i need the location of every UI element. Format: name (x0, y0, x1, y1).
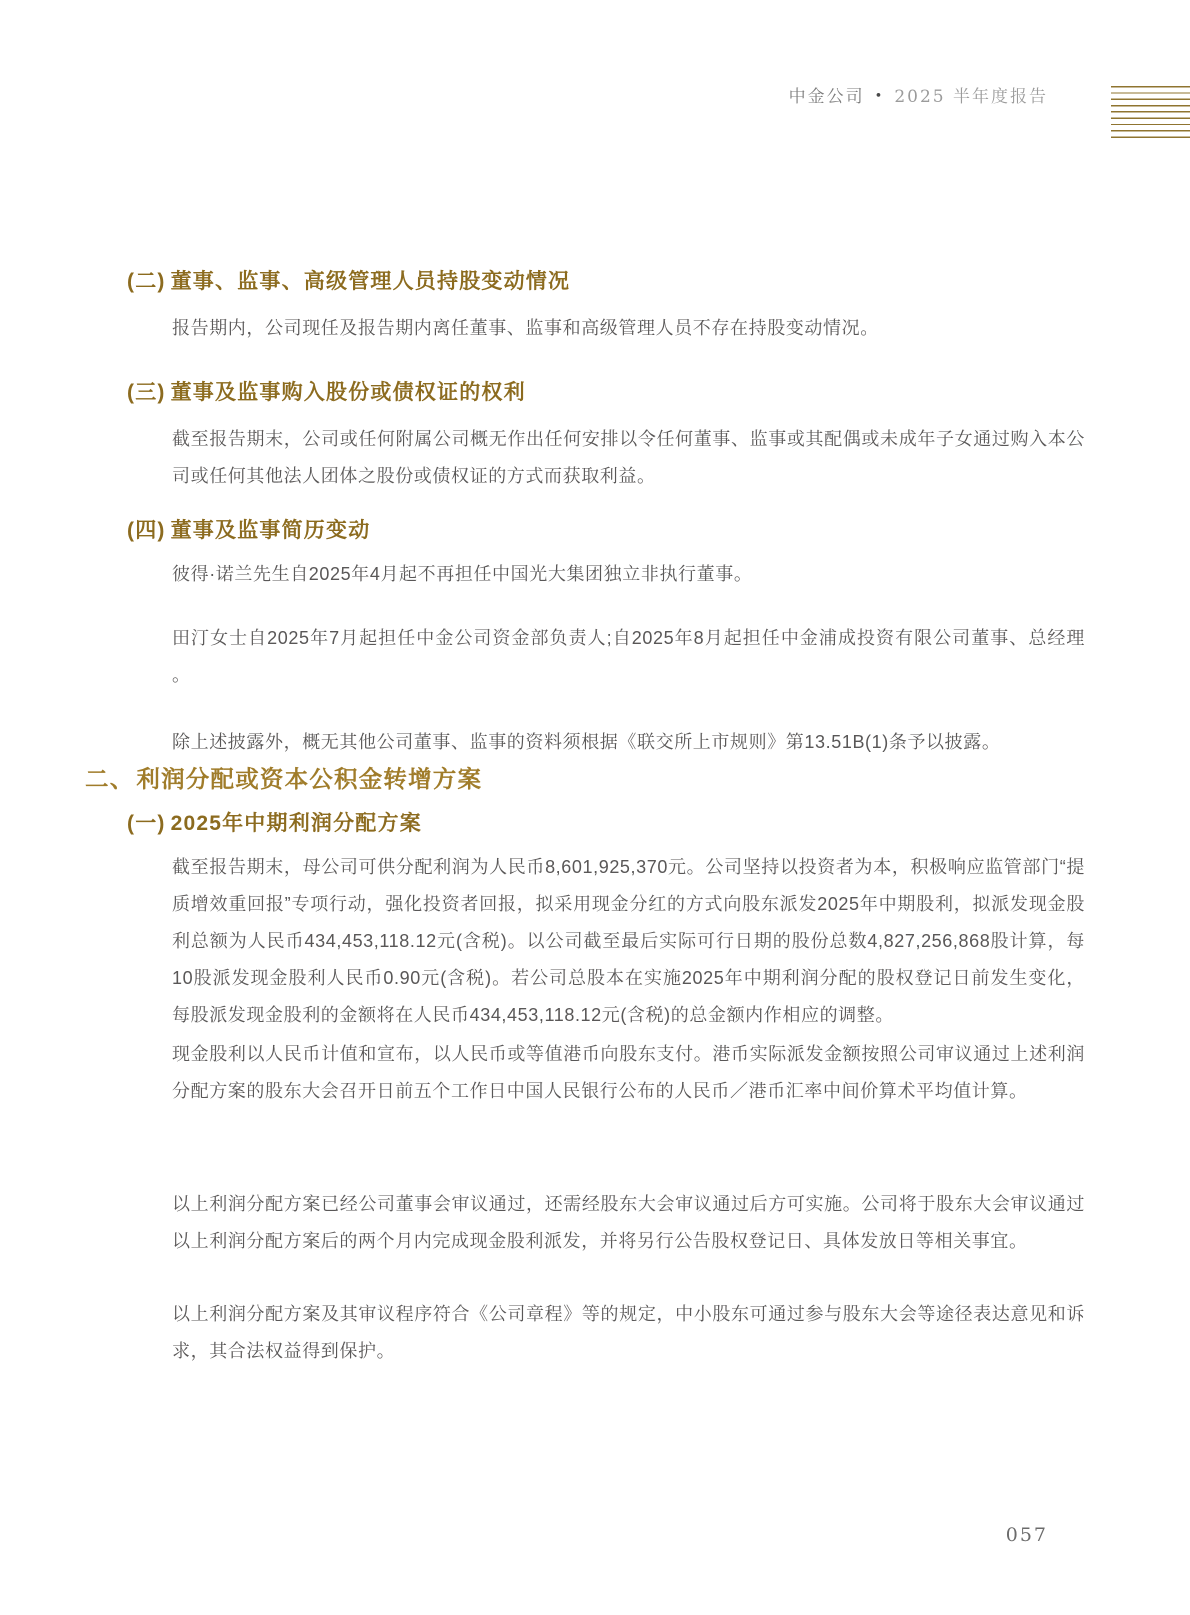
body-paragraph: 现金股利以人民币计值和宣布，以人民币或等值港币向股东支付。港币实际派发金额按照公… (172, 1036, 1085, 1110)
chapter-2-section-1-heading: (一)2025年中期利润分配方案 (127, 810, 1085, 838)
header-bullet-separator: • (875, 89, 885, 104)
body-paragraph: 以上利润分配方案已经公司董事会审议通过，还需经股东大会审议通过后方可实施。公司将… (172, 1186, 1085, 1260)
body-paragraph: 彼得·诺兰先生自2025年4月起不再担任中国光大集团独立非执行董事。 (172, 556, 1085, 593)
body-paragraph: 截至报告期末，母公司可供分配利润为人民币8,601,925,370元。公司坚持以… (172, 849, 1085, 1034)
company-name: 中金公司 (789, 87, 865, 107)
chapter-2-section-1-number: (一) (127, 812, 166, 835)
section-2-number: (二) (127, 270, 166, 293)
page-number: 057 (1006, 1524, 1048, 1546)
section-3-heading: (三)董事及监事购入股份或债权证的权利 (127, 379, 1085, 407)
section-2-title: 董事、监事、高级管理人员持股变动情况 (171, 270, 571, 293)
section-3-heading-block: (三)董事及监事购入股份或债权证的权利 (127, 379, 1085, 407)
body-paragraph: 田汀女士自2025年7月起担任中金公司资金部负责人;自2025年8月起担任中金浦… (172, 620, 1085, 694)
dividend-paragraph-2-block: 现金股利以人民币计值和宣布，以人民币或等值港币向股东支付。港币实际派发金额按照公… (172, 1036, 1085, 1110)
chapter-2-section-1-heading-block: (一)2025年中期利润分配方案 (127, 810, 1085, 838)
section-4-paragraph-1-block: 彼得·诺兰先生自2025年4月起不再担任中国光大集团独立非执行董事。 (172, 556, 1085, 593)
dividend-paragraph-4-block: 以上利润分配方案及其审议程序符合《公司章程》等的规定，中小股东可通过参与股东大会… (172, 1296, 1085, 1370)
section-2-heading: (二)董事、监事、高级管理人员持股变动情况 (127, 268, 1085, 296)
chapter-2-section-1-title: 2025年中期利润分配方案 (171, 812, 422, 835)
body-paragraph: 报告期内，公司现任及报告期内离任董事、监事和高级管理人员不存在持股变动情况。 (172, 310, 1085, 347)
chapter-2-number: 二、 (85, 766, 134, 792)
body-paragraph: 除上述披露外，概无其他公司董事、监事的资料须根据《联交所上市规则》第13.51B… (172, 724, 1085, 761)
section-3-paragraph-block: 截至报告期末，公司或任何附属公司概无作出任何安排以令任何董事、监事或其配偶或未成… (172, 421, 1085, 495)
section-4-heading: (四)董事及监事简历变动 (127, 517, 1085, 545)
chapter-2-heading-block: 二、利润分配或资本公积金转增方案 (85, 763, 1043, 795)
section-4-title: 董事及监事简历变动 (171, 519, 371, 542)
chapter-2-heading: 二、利润分配或资本公积金转增方案 (85, 763, 1043, 795)
section-3-title: 董事及监事购入股份或债权证的权利 (171, 381, 526, 404)
report-page: 中金公司•2025 半年度报告 (二)董事、监事、高级管理人员持股变动情况 报告… (0, 0, 1190, 1615)
dividend-paragraph-3-block: 以上利润分配方案已经公司董事会审议通过，还需经股东大会审议通过后方可实施。公司将… (172, 1186, 1085, 1260)
report-title: 2025 半年度报告 (894, 87, 1048, 107)
dividend-paragraph-1-block: 截至报告期末，母公司可供分配利润为人民币8,601,925,370元。公司坚持以… (172, 849, 1085, 1034)
section-3-number: (三) (127, 381, 166, 404)
page-running-header: 中金公司•2025 半年度报告 (789, 82, 1048, 107)
section-2-paragraph-block: 报告期内，公司现任及报告期内离任董事、监事和高级管理人员不存在持股变动情况。 (172, 310, 1085, 347)
section-4-paragraph-2-block: 田汀女士自2025年7月起担任中金公司资金部负责人;自2025年8月起担任中金浦… (172, 620, 1085, 694)
section-4-heading-block: (四)董事及监事简历变动 (127, 517, 1085, 545)
decorative-stripes-icon (1111, 86, 1190, 138)
chapter-2-title: 利润分配或资本公积金转增方案 (136, 766, 482, 792)
section-2-heading-block: (二)董事、监事、高级管理人员持股变动情况 (127, 268, 1085, 296)
section-4-number: (四) (127, 519, 166, 542)
body-paragraph: 截至报告期末，公司或任何附属公司概无作出任何安排以令任何董事、监事或其配偶或未成… (172, 421, 1085, 495)
body-paragraph: 以上利润分配方案及其审议程序符合《公司章程》等的规定，中小股东可通过参与股东大会… (172, 1296, 1085, 1370)
section-4-paragraph-3-block: 除上述披露外，概无其他公司董事、监事的资料须根据《联交所上市规则》第13.51B… (172, 724, 1085, 761)
